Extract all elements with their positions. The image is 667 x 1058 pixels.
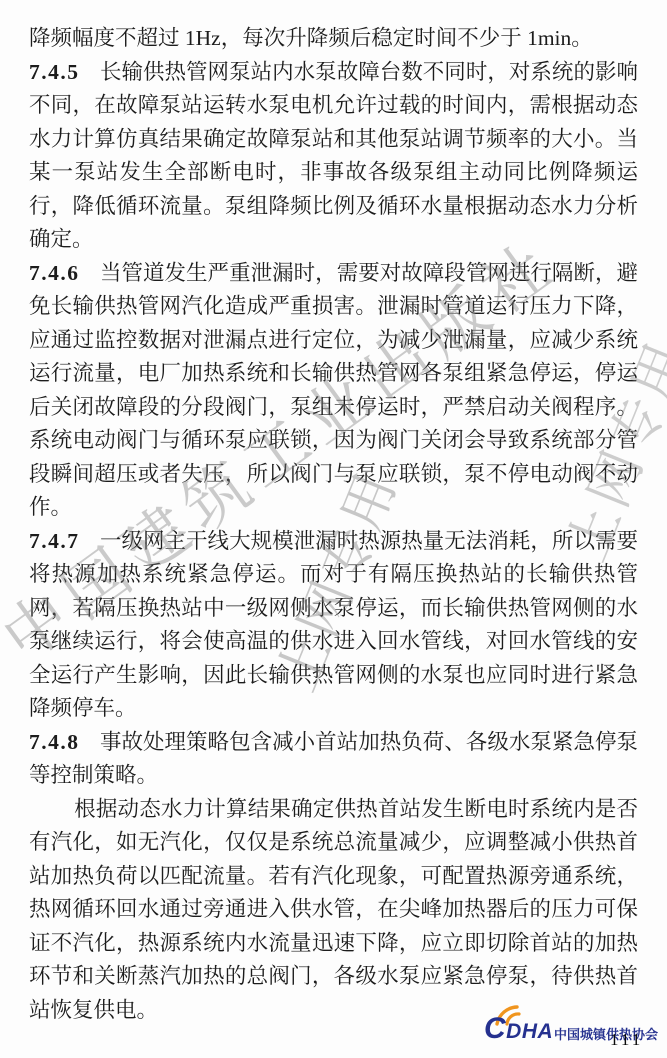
clause-text: 一级网主干线大规模泄漏时热源热量无法消耗，所以需要将热源加热系统紧急停运。而对于… [29,529,638,721]
page-number: 111 [610,1030,643,1050]
clause-text: 长输供热管网泵站内水泵故障台数不同时，对系统的影响不同，在故障泵站运转水泵电机允… [29,60,638,252]
clause-number: 7.4.5 [29,60,100,84]
clause-7-4-7: 7.4.7一级网主干线大规模泄漏时热源热量无法消耗，所以需要将热源加热系统紧急停… [29,525,638,726]
clause-text: 根据动态水力计算结果确定供热首站发生断电时系统内是否有汽化，如无汽化，仅仅是系统… [29,797,638,1022]
clause-7-4-5: 7.4.5长输供热管网泵站内水泵故障台数不同时，对系统的影响不同，在故障泵站运转… [29,56,638,257]
clause-text: 当管道发生严重泄漏时，需要对故障段管网进行隔断，避免长输供热管网汽化造成严重损害… [29,261,638,520]
document-page: 中国建筑工业出版社 上网专用 上网专用 降频幅度不超过 1Hz，每次升降频后稳定… [0,0,667,1058]
clause-7-4-6: 7.4.6当管道发生严重泄漏时，需要对故障段管网进行隔断，避免长输供热管网汽化造… [29,257,638,525]
clause-text: 事故处理策略包含减小首站加热负荷、各级水泵紧急停泵等控制策略。 [29,730,638,788]
body-text: 降频幅度不超过 1Hz，每次升降频后稳定时间不少于 1min。 7.4.5长输供… [29,22,638,1027]
clause-number: 7.4.7 [29,529,100,553]
logo-acronym: CDHA [484,1012,553,1046]
clause-text: 降频幅度不超过 1Hz，每次升降频后稳定时间不少于 1min。 [29,26,593,50]
clause-number: 7.4.8 [29,730,100,754]
paragraph-explanation: 根据动态水力计算结果确定供热首站发生断电时系统内是否有汽化，如无汽化，仅仅是系统… [29,793,638,1028]
clause-7-4-8: 7.4.8事故处理策略包含减小首站加热负荷、各级水泵紧急停泵等控制策略。 [29,726,638,793]
paragraph-continuation: 降频幅度不超过 1Hz，每次升降频后稳定时间不少于 1min。 [29,22,638,56]
clause-number: 7.4.6 [29,261,100,285]
